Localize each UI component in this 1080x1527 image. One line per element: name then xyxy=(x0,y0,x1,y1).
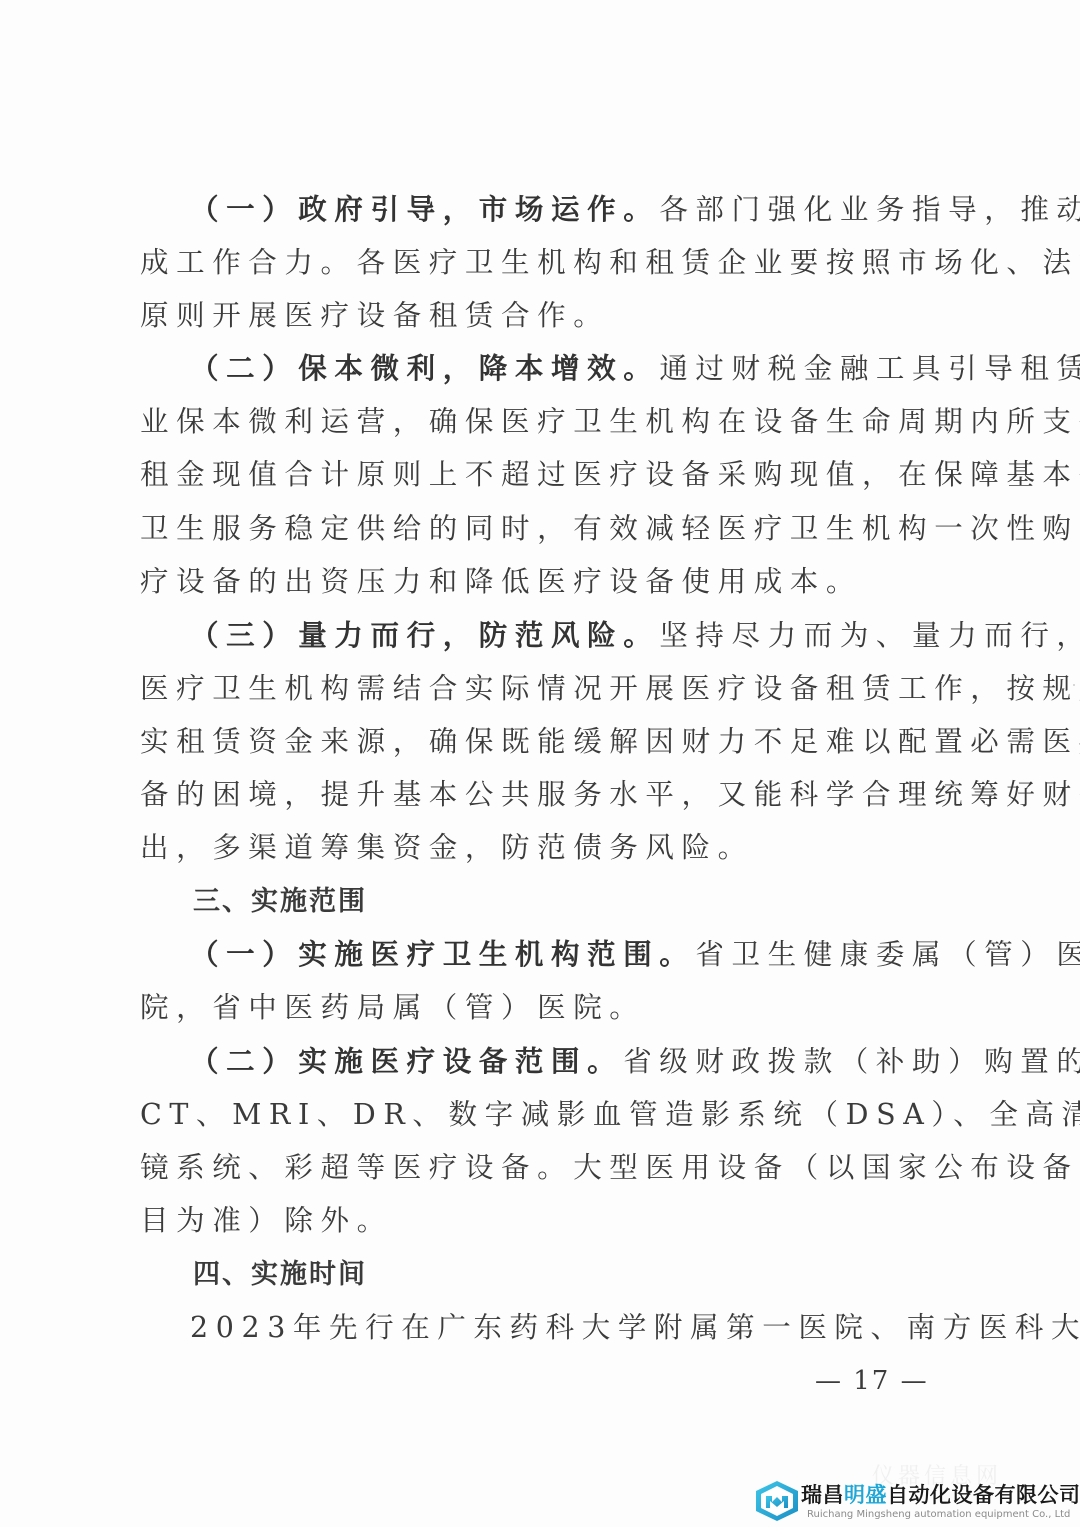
paragraph-1-lead: （一）政府引导，市场运作。 xyxy=(190,193,659,226)
paragraph-2-line-5: 疗设备的出资压力和降低医疗设备使用成本。 xyxy=(140,562,930,602)
paragraph-3-line-1: （三）量力而行，防范风险。坚持尽力而为、量力而行，各 xyxy=(190,616,930,656)
paragraph-2-lead: （二）保本微利，降本增效。 xyxy=(190,352,659,385)
paragraph-3-line-3: 实租赁资金来源，确保既能缓解因财力不足难以配置必需医疗设 xyxy=(140,722,930,762)
paragraph-4-lead: （一）实施医疗卫生机构范围。 xyxy=(190,938,695,971)
paragraph-5-line-2: CT、MRI、DR、数字减影血管造影系统（DSA）、全高清消化内 xyxy=(140,1095,930,1135)
paragraph-5-lead: （二）实施医疗设备范围。 xyxy=(190,1045,623,1078)
paragraph-3-line-2: 医疗卫生机构需结合实际情况开展医疗设备租赁工作，按规定落 xyxy=(140,669,930,709)
paragraph-4-line-2: 院，省中医药局属（管）医院。 xyxy=(140,988,930,1028)
paragraph-2-line-1: （二）保本微利，降本增效。通过财税金融工具引导租赁企 xyxy=(190,349,930,389)
paragraph-1-line-1: （一）政府引导，市场运作。各部门强化业务指导，推动形 xyxy=(190,190,930,230)
paragraph-5-line-4: 目为准）除外。 xyxy=(140,1201,930,1241)
paragraph-1-line-2: 成工作合力。各医疗卫生机构和租赁企业要按照市场化、法治化 xyxy=(140,243,930,283)
company-name-en: Ruichang Mingsheng automation equipment … xyxy=(807,1509,1070,1521)
paragraph-4-line-1: （一）实施医疗卫生机构范围。省卫生健康委属（管）医 xyxy=(190,935,930,975)
paragraph-3-lead: （三）量力而行，防范风险。 xyxy=(190,619,659,652)
paragraph-2-line-4: 卫生服务稳定供给的同时，有效减轻医疗卫生机构一次性购买医 xyxy=(140,509,930,549)
paragraph-2-line-2: 业保本微利运营，确保医疗卫生机构在设备生命周期内所支付的 xyxy=(140,402,930,442)
page-number: — 17 — xyxy=(815,1361,929,1401)
paragraph-3-line-4: 备的困境，提升基本公共服务水平，又能科学合理统筹好财务支 xyxy=(140,775,930,815)
scan-artifact xyxy=(1073,684,1075,686)
company-name-accent: 明盛 xyxy=(844,1483,887,1507)
document-page: （一）政府引导，市场运作。各部门强化业务指导，推动形 成工作合力。各医疗卫生机构… xyxy=(0,0,1080,1527)
company-name-cn: 瑞昌明盛自动化设备有限公司 xyxy=(801,1483,1080,1507)
paragraph-1-line-3: 原则开展医疗设备租赁合作。 xyxy=(140,296,930,336)
paragraph-5-line-1: （二）实施医疗设备范围。省级财政拨款（补助）购置的 xyxy=(190,1042,930,1082)
paragraph-3-line-5: 出，多渠道筹集资金，防范债务风险。 xyxy=(140,828,930,868)
paragraph-2-line-3: 租金现值合计原则上不超过医疗设备采购现值，在保障基本公共 xyxy=(140,455,930,495)
paragraph-6-line-1: 2023年先行在广东药科大学附属第一医院、南方医科大学 xyxy=(190,1308,930,1348)
section-heading-scope: 三、实施范围 xyxy=(193,882,367,922)
paragraph-5-line-3: 镜系统、彩超等医疗设备。大型医用设备（以国家公布设备品 xyxy=(140,1148,930,1188)
company-logo-icon xyxy=(752,1480,802,1522)
section-heading-timeline: 四、实施时间 xyxy=(193,1255,367,1295)
